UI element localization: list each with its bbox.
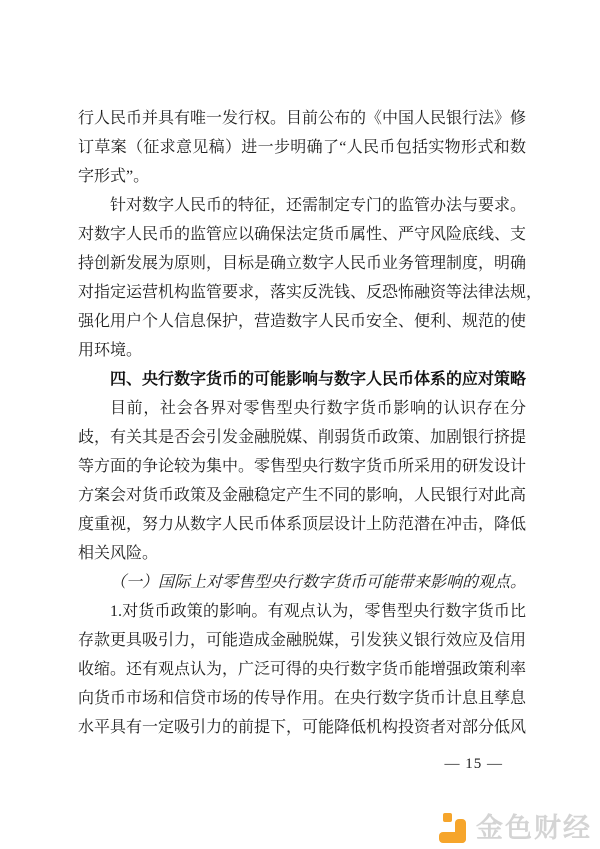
text-line: 度重视，努力从数字人民币体系顶层设计上防范潜在冲击，降低: [78, 510, 526, 539]
text-line: （一）国际上对零售型央行数字货币可能带来影响的观点。: [78, 568, 526, 597]
text-line: 针对数字人民币的特征，还需制定专门的监管办法与要求。: [78, 191, 526, 220]
text-line: 水平具有一定吸引力的前提下，可能降低机构投资者对部分低风: [78, 713, 526, 742]
text-line: 字形式”。: [78, 162, 526, 191]
logo-small-square: [443, 813, 452, 822]
text-line: 1.对货币政策的影响。有观点认为，零售型央行数字货币比: [78, 597, 526, 626]
logo-horizontal-bar: [439, 832, 466, 843]
text-line: 订草案（征求意见稿）进一步明确了“人民币包括实物形式和数: [78, 133, 526, 162]
golden-finance-logo-icon: [438, 812, 468, 844]
text-line: 存款更具吸引力，可能造成金融脱媒，引发狭义银行效应及信用: [78, 626, 526, 655]
text-line: 对指定运营机构监管要求，落实反洗钱、反恐怖融资等法律法规，: [78, 278, 526, 307]
text-line: 对数字人民币的监管应以确保法定货币属性、严守风险底线、支: [78, 220, 526, 249]
document-page: 行人民币并具有唯一发行权。目前公布的《中国人民银行法》修订草案（征求意见稿）进一…: [0, 0, 600, 849]
text-line: 目前，社会各界对零售型央行数字货币影响的认识存在分: [78, 394, 526, 423]
golden-finance-watermark: 金色财经: [438, 812, 592, 844]
page-number: — 15 —: [445, 753, 504, 775]
section-heading: 四、央行数字货币的可能影响与数字人民币体系的应对策略: [78, 365, 526, 394]
text-line: 收缩。还有观点认为，广泛可得的央行数字货币能增强政策利率: [78, 655, 526, 684]
text-line: 相关风险。: [78, 539, 526, 568]
text-line: 持创新发展为原则，目标是确立数字人民币业务管理制度，明确: [78, 249, 526, 278]
text-line: 方案会对货币政策及金融稳定产生不同的影响，人民银行对此高: [78, 481, 526, 510]
text-line: 用环境。: [78, 336, 526, 365]
text-line: 向货币市场和信贷市场的传导作用。在央行数字货币计息且孳息: [78, 684, 526, 713]
golden-finance-logo-text: 金色财经: [476, 812, 592, 844]
document-text-block: 行人民币并具有唯一发行权。目前公布的《中国人民银行法》修订草案（征求意见稿）进一…: [78, 104, 526, 742]
text-line: 歧，有关其是否会引发金融脱媒、削弱货币政策、加剧银行挤提: [78, 423, 526, 452]
text-line: 强化用户个人信息保护，营造数字人民币安全、便利、规范的使: [78, 307, 526, 336]
text-line: 等方面的争论较为集中。零售型央行数字货币所采用的研发设计: [78, 452, 526, 481]
text-line: 行人民币并具有唯一发行权。目前公布的《中国人民银行法》修: [78, 104, 526, 133]
